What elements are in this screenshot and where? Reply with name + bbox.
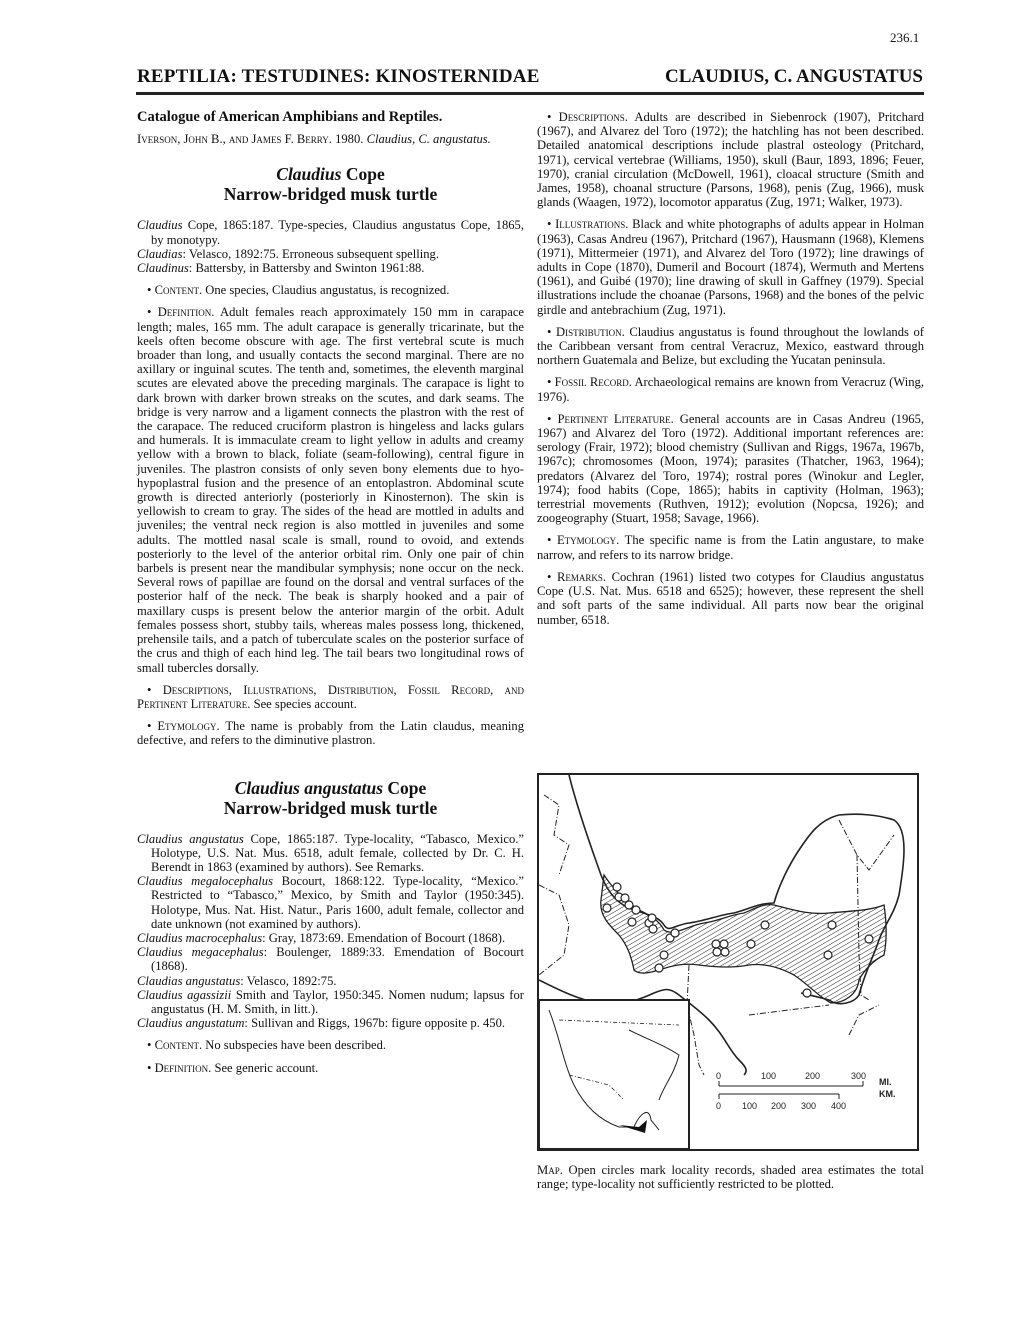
catalogue-title: Catalogue of American Amphibians and Rep… <box>137 110 524 124</box>
synonym-entry: Claudius macrocephalus: Gray, 1873:69. E… <box>137 931 524 945</box>
citation-authors: Iverson, John B., and James F. Berry. <box>137 132 332 146</box>
species-common-name: Narrow-bridged musk turtle <box>224 798 438 818</box>
synonym-entry: Claudinus: Battersby, in Battersby and S… <box>137 261 524 275</box>
left-column: Catalogue of American Amphibians and Rep… <box>137 110 524 1083</box>
caption-text: Open circles mark locality records, shad… <box>537 1163 924 1191</box>
pertinent-literature-section: Pertinent Literature. General accounts a… <box>537 412 924 526</box>
svg-text:KM.: KM. <box>879 1089 896 1099</box>
svg-text:200: 200 <box>805 1071 820 1081</box>
remarks-section: Remarks. Cochran (1961) listed two cotyp… <box>537 570 924 627</box>
header-rule <box>136 92 924 95</box>
synonym-entry: Claudias angustatus: Velasco, 1892:75. <box>137 974 524 988</box>
svg-text:400: 400 <box>831 1101 846 1111</box>
scale-bar: 0 100 200 300 MI. 0 100 200 300 400 KM. <box>716 1071 896 1111</box>
svg-text:300: 300 <box>851 1071 866 1081</box>
svg-text:100: 100 <box>742 1101 757 1111</box>
citation-title: Claudius, C. angustatus. <box>367 132 491 146</box>
map-drawing-icon: 0 100 200 300 MI. 0 100 200 300 400 KM. <box>539 775 917 1149</box>
genus-common-name: Narrow-bridged musk turtle <box>224 184 438 204</box>
synonym-entry: Claudias: Velasco, 1892:75. Erroneous su… <box>137 247 524 261</box>
svg-text:MI.: MI. <box>879 1077 892 1087</box>
genus-heading: Claudius Cope Narrow-bridged musk turtle <box>137 164 524 204</box>
species-content-section: Content. No subspecies have been describ… <box>137 1038 524 1052</box>
distribution-map: 0 100 200 300 MI. 0 100 200 300 400 KM. <box>537 773 919 1151</box>
species-definition-section: Definition. See generic account. <box>137 1061 524 1075</box>
page-number: 236.1 <box>890 30 919 46</box>
species-synonymy: Claudius angustatus Cope, 1865:187. Type… <box>137 832 524 1031</box>
svg-text:0: 0 <box>716 1101 721 1111</box>
citation: Iverson, John B., and James F. Berry. 19… <box>137 132 524 146</box>
synonym-entry: Claudius agassizii Smith and Taylor, 195… <box>137 988 524 1016</box>
synonym-entry: Claudius megalocephalus Bocourt, 1868:12… <box>137 874 524 931</box>
fossil-record-section: Fossil Record. Archaeological remains ar… <box>537 375 924 403</box>
synonym-entry: Claudius megacephalus: Boulenger, 1889:3… <box>137 945 524 973</box>
synonym-entry: Claudius Cope, 1865:187. Type-species, C… <box>137 218 524 246</box>
caption-label: Map. <box>537 1163 563 1177</box>
svg-text:300: 300 <box>801 1101 816 1111</box>
running-head-right: CLAUDIUS, C. ANGUSTATUS <box>665 66 923 88</box>
illustrations-section: Illustrations. Black and white photograp… <box>537 217 924 316</box>
distribution-section: Distribution. Claudius angustatus is fou… <box>537 325 924 368</box>
synonym-entry: Claudius angustatus Cope, 1865:187. Type… <box>137 832 524 875</box>
definition-section: Definition. Adult females reach approxim… <box>137 305 524 674</box>
map-caption: Map. Open circles mark locality records,… <box>537 1163 924 1191</box>
right-column: Descriptions. Adults are described in Si… <box>537 110 924 635</box>
inset-map <box>539 1000 689 1149</box>
descriptions-section: Descriptions. Adults are described in Si… <box>537 110 924 209</box>
svg-text:200: 200 <box>771 1101 786 1111</box>
genus-synonymy: Claudius Cope, 1865:187. Type-species, C… <box>137 218 524 275</box>
see-species-section: Descriptions, Illustrations, Distributio… <box>137 683 524 711</box>
running-head-left: REPTILIA: TESTUDINES: KINOSTERNIDAE <box>137 66 540 88</box>
content-section: Content. One species, Claudius angustatu… <box>137 283 524 297</box>
species-etymology-section: Etymology. The specific name is from the… <box>537 533 924 561</box>
species-heading: Claudius angustatus Cope Narrow-bridged … <box>137 778 524 818</box>
svg-text:100: 100 <box>761 1071 776 1081</box>
svg-text:0: 0 <box>716 1071 721 1081</box>
etymology-section: Etymology. The name is probably from the… <box>137 719 524 747</box>
synonym-entry: Claudius angustatum: Sullivan and Riggs,… <box>137 1016 524 1030</box>
